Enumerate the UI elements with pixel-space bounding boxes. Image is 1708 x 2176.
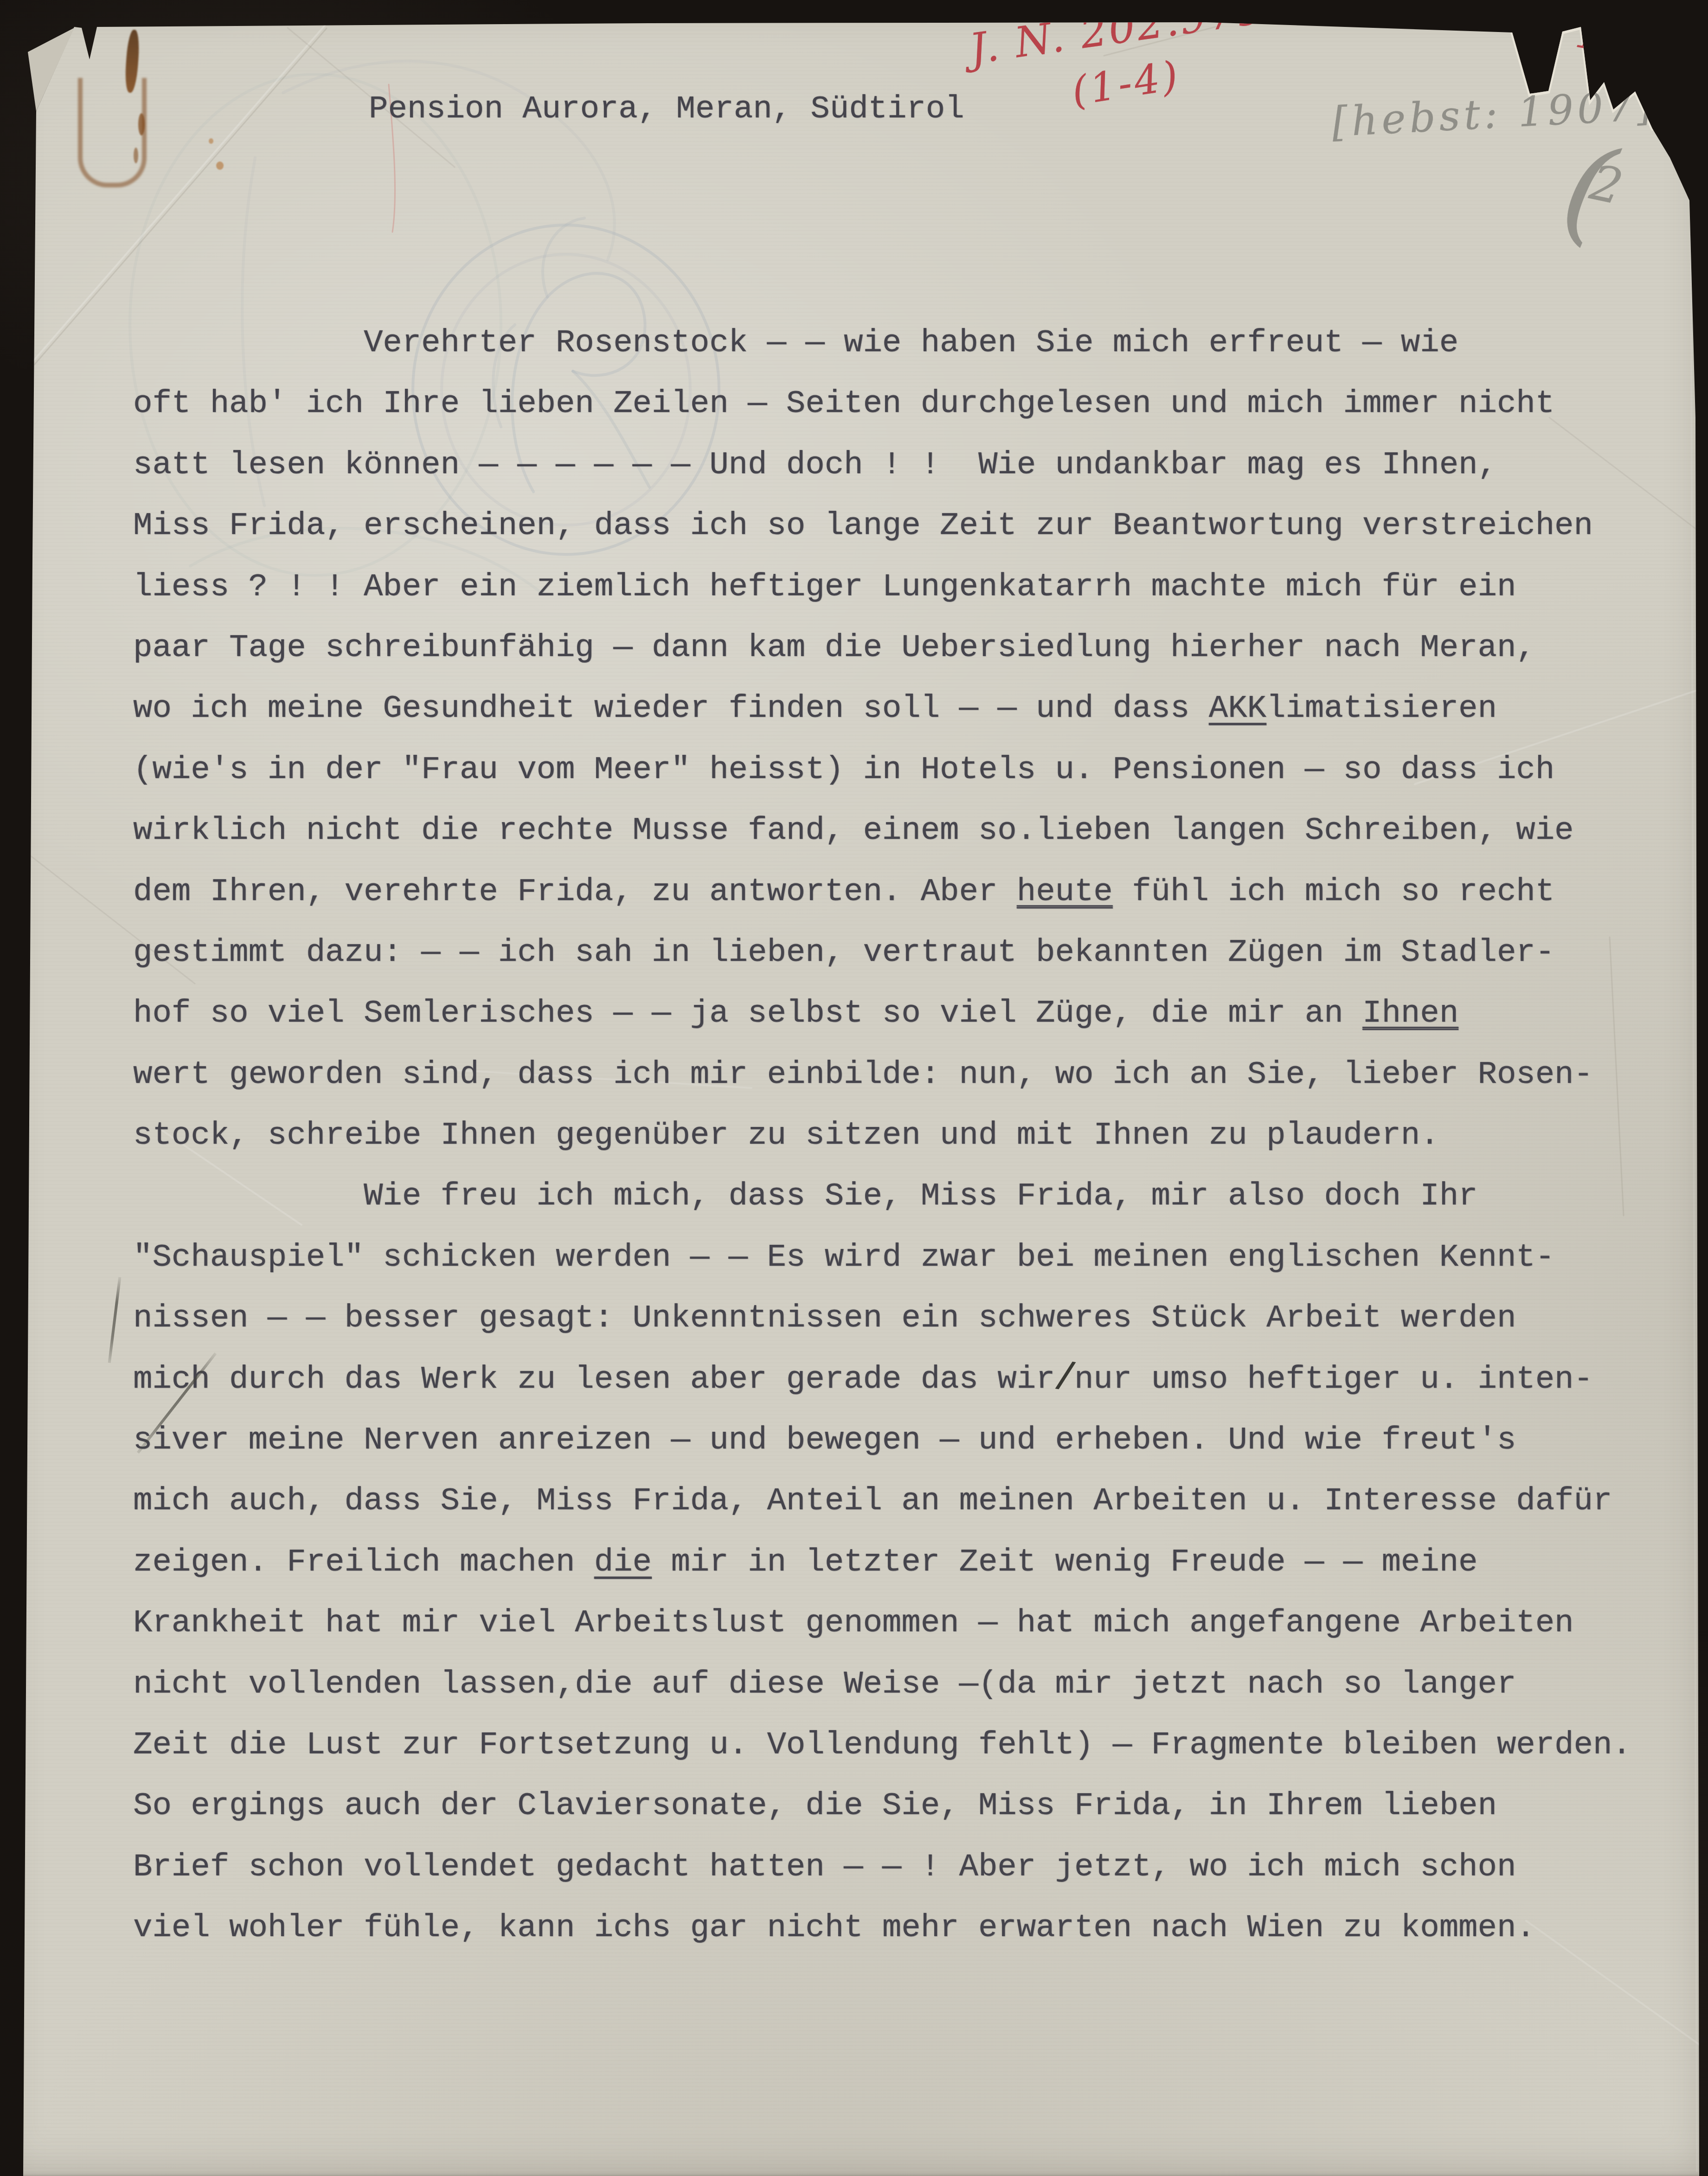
- typed-line: Wie freu ich mich, dass Sie, Miss Frida,…: [133, 1166, 1631, 1227]
- typed-line: satt lesen können — — — — — — Und doch !…: [133, 435, 1631, 496]
- letter-page: Pension Aurora, Meran, Südtirol Verehrte…: [0, 0, 1708, 2176]
- typed-text: nur umso heftiger u. inten-: [1074, 1361, 1593, 1397]
- rust-stain-dot: [209, 138, 213, 144]
- typed-line: oft hab' ich Ihre lieben Zeilen — Seiten…: [133, 373, 1631, 434]
- letterhead: Pension Aurora, Meran, Südtirol: [369, 91, 964, 127]
- typed-line: siver meine Nerven anreizen — und bewege…: [133, 1410, 1631, 1471]
- underlined-word: Ihnen: [1362, 995, 1458, 1031]
- typed-text: nicht vollenden lassen,die auf diese Wei…: [133, 1666, 1516, 1702]
- typed-text: gestimmt dazu: — — ich sah in lieben, ve…: [133, 934, 1554, 971]
- typed-text: stock, schreibe Ihnen gegenüber zu sitze…: [133, 1117, 1439, 1153]
- typed-text: wirklich nicht die rechte Musse fand, ei…: [133, 812, 1574, 849]
- typed-text: limatisieren: [1266, 690, 1497, 727]
- typed-line: hof so viel Semlerisches — — ja selbst s…: [133, 983, 1631, 1044]
- typed-text: liess ? ! ! Aber ein ziemlich heftiger L…: [133, 569, 1516, 605]
- typed-line: So ergings auch der Claviersonate, die S…: [133, 1776, 1631, 1836]
- underlined-word: AKK: [1209, 690, 1266, 727]
- typed-line: Miss Frida, erscheinen, dass ich so lang…: [133, 496, 1631, 556]
- typed-line: wo ich meine Gesundheit wieder finden so…: [133, 678, 1631, 739]
- typed-text: fühl ich mich so recht: [1113, 874, 1554, 910]
- typed-line: wirklich nicht die rechte Musse fand, ei…: [133, 800, 1631, 861]
- typed-line: Verehrter Rosenstock — — wie haben Sie m…: [133, 313, 1631, 373]
- typed-text: mir in letzter Zeit wenig Freude — — mei…: [652, 1544, 1478, 1580]
- sheet-range-annotation: (1-4): [1069, 52, 1184, 115]
- underlined-word: die: [594, 1544, 652, 1580]
- typed-line: paar Tage schreibunfähig — dann kam die …: [133, 618, 1631, 678]
- folio-number-red: 1: [1573, 12, 1604, 60]
- typed-text: Verehrter Rosenstock — — wie haben Sie m…: [133, 325, 1458, 361]
- rust-stain-dot: [134, 148, 138, 163]
- typed-text: Krankheit hat mir viel Arbeitslust genom…: [133, 1605, 1574, 1641]
- typed-text: Wie freu ich mich, dass Sie, Miss Frida,…: [133, 1178, 1477, 1214]
- typed-text: Miss Frida, erscheinen, dass ich so lang…: [133, 508, 1593, 544]
- typed-text: wert geworden sind, dass ich mir einbild…: [133, 1056, 1593, 1093]
- typed-text: Zeit die Lust zur Fortsetzung u. Vollend…: [133, 1727, 1631, 1763]
- typed-line: zeigen. Freilich machen die mir in letzt…: [133, 1532, 1631, 1593]
- typed-line: nissen — — besser gesagt: Unkenntnissen …: [133, 1288, 1631, 1349]
- typed-text: So ergings auch der Claviersonate, die S…: [133, 1788, 1497, 1824]
- typed-line: mich durch das Werk zu lesen aber gerade…: [133, 1349, 1631, 1410]
- typed-text: Brief schon vollendet gedacht hatten — —…: [133, 1849, 1516, 1885]
- typed-line: dem Ihren, verehrte Frida, zu antworten.…: [133, 862, 1631, 922]
- rust-stain-dot: [138, 113, 145, 135]
- margin-pencil-mark-vertical: [108, 1277, 122, 1363]
- typed-text: mich durch das Werk zu lesen aber gerade…: [133, 1361, 1055, 1397]
- typed-line: stock, schreibe Ihnen gegenüber zu sitze…: [133, 1105, 1631, 1166]
- typed-line: liess ? ! ! Aber ein ziemlich heftiger L…: [133, 557, 1631, 618]
- typed-line: mich auch, dass Sie, Miss Frida, Anteil …: [133, 1471, 1631, 1532]
- photo-backdrop: Pension Aurora, Meran, Südtirol Verehrte…: [0, 0, 1708, 2176]
- typed-line: (wie's in der "Frau vom Meer" heisst) in…: [133, 740, 1631, 800]
- typed-line: nicht vollenden lassen,die auf diese Wei…: [133, 1654, 1631, 1715]
- typed-line: Brief schon vollendet gedacht hatten — —…: [133, 1837, 1631, 1898]
- typed-text: paar Tage schreibunfähig — dann kam die …: [133, 630, 1535, 666]
- typed-line: "Schauspiel" schicken werden — — Es wird…: [133, 1227, 1631, 1288]
- typed-text: zeigen. Freilich machen: [133, 1544, 594, 1580]
- typed-line: Krankheit hat mir viel Arbeitslust genom…: [133, 1593, 1631, 1654]
- typed-line: gestimmt dazu: — — ich sah in lieben, ve…: [133, 922, 1631, 983]
- typed-text: nissen — — besser gesagt: Unkenntnissen …: [133, 1300, 1516, 1336]
- paperclip-rust-stain: [78, 78, 147, 187]
- typed-text: wo ich meine Gesundheit wieder finden so…: [133, 690, 1209, 727]
- typed-text: hof so viel Semlerisches — — ja selbst s…: [133, 995, 1362, 1031]
- typed-text: oft hab' ich Ihre lieben Zeilen — Seiten…: [133, 386, 1554, 422]
- typed-text: satt lesen können — — — — — — Und doch !…: [133, 447, 1497, 483]
- underlined-word: heute: [1017, 874, 1113, 910]
- rust-stain-dot: [216, 161, 224, 170]
- typed-text: mich auch, dass Sie, Miss Frida, Anteil …: [133, 1483, 1612, 1519]
- typed-line: viel wohler fühle, kann ichs gar nicht m…: [133, 1898, 1631, 1958]
- typed-text: "Schauspiel" schicken werden — — Es wird…: [133, 1239, 1554, 1275]
- typed-line: wert geworden sind, dass ich mir einbild…: [133, 1044, 1631, 1105]
- letter-body: Verehrter Rosenstock — — wie haben Sie m…: [133, 313, 1631, 1959]
- typed-line: Zeit die Lust zur Fortsetzung u. Vollend…: [133, 1715, 1631, 1776]
- typed-text: dem Ihren, verehrte Frida, zu antworten.…: [133, 874, 1017, 910]
- typed-text: viel wohler fühle, kann ichs gar nicht m…: [133, 1910, 1535, 1946]
- typed-text: (wie's in der "Frau vom Meer" heisst) in…: [133, 752, 1554, 788]
- typed-text: siver meine Nerven anreizen — und bewege…: [133, 1422, 1516, 1458]
